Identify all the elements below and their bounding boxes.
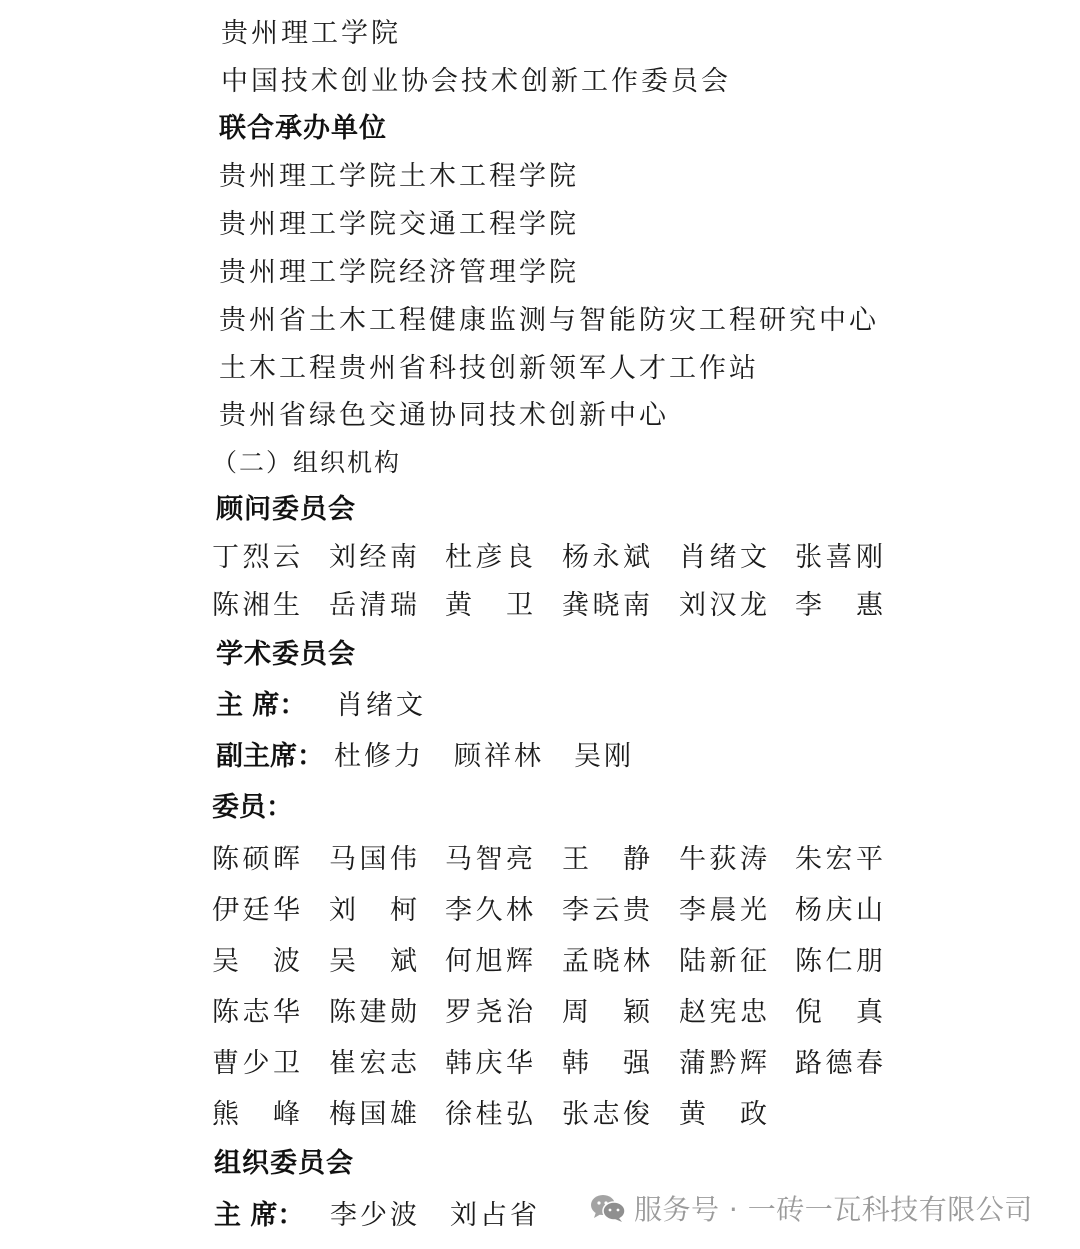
member-name: 赵宪忠: [679, 996, 767, 1030]
members-label: 委员：: [212, 792, 293, 824]
member-name: 龚晓南: [562, 589, 650, 623]
chair-name: 刘占省: [450, 1199, 540, 1233]
member-name: 吴斌: [329, 945, 417, 979]
organizer-line: 中国技术创业协会技术创新工作委员会: [221, 66, 731, 98]
member-name: 刘柯: [329, 894, 417, 928]
member-name: 陈湘生: [212, 589, 300, 623]
member-name: 张喜刚: [795, 541, 883, 575]
vice-chair-name: 吴刚: [574, 740, 634, 774]
member-name: 马智亮: [445, 843, 533, 877]
member-name: 路德春: [795, 1047, 883, 1081]
member-name: 杜彦良: [445, 541, 533, 575]
vice-chair-name: 顾祥林: [454, 740, 544, 774]
member-name: 蒲黔辉: [679, 1047, 767, 1081]
member-name: 孟晓林: [562, 945, 650, 979]
watermark-text: 服务号 · 一砖一瓦科技有限公司: [634, 1188, 1033, 1228]
member-name: 伊廷华: [212, 894, 300, 928]
member-name: 陆新征: [679, 945, 767, 979]
document-page: 贵州理工学院 中国技术创业协会技术创新工作委员会 联合承办单位 贵州理工学院土木…: [0, 0, 1080, 1249]
academic-vice-chair-row: 副主席：杜修力顾祥林吴刚: [216, 740, 634, 774]
co-organizers-heading: 联合承办单位: [219, 113, 387, 145]
academic-committee-heading: 学术委员会: [216, 639, 356, 671]
organizing-chair-row: 主 席：李少波刘占省: [214, 1199, 540, 1233]
member-name: 熊峰: [212, 1098, 300, 1132]
chair-name: 肖绪文: [336, 689, 426, 723]
chair-label: 主 席：: [214, 1199, 330, 1233]
member-name: 朱宏平: [795, 843, 883, 877]
member-name: 曹少卫: [212, 1047, 300, 1081]
organizer-line: 贵州理工学院: [221, 18, 401, 50]
member-name: 陈硕晖: [212, 843, 300, 877]
member-name: 杨永斌: [562, 541, 650, 575]
member-name: 杨庆山: [795, 894, 883, 928]
member-name: 梅国雄: [329, 1098, 417, 1132]
organizing-committee-heading: 组织委员会: [214, 1148, 354, 1180]
member-name: 刘汉龙: [679, 589, 767, 623]
co-organizer-line: 土木工程贵州省科技创新领军人才工作站: [219, 353, 759, 385]
member-name: 吴波: [212, 945, 300, 979]
member-name: 王静: [562, 843, 650, 877]
member-name: 韩强: [562, 1047, 650, 1081]
advisory-committee-heading: 顾问委员会: [216, 494, 356, 526]
wechat-icon: [590, 1193, 626, 1223]
member-name: 肖绪文: [679, 541, 767, 575]
member-name: 岳清瑞: [329, 589, 417, 623]
member-name: 崔宏志: [329, 1047, 417, 1081]
academic-chair-row: 主 席：肖绪文: [216, 689, 426, 723]
co-organizer-line: 贵州省土木工程健康监测与智能防灾工程研究中心: [219, 305, 879, 337]
member-name: 李久林: [445, 894, 533, 928]
member-name: 丁烈云: [212, 541, 300, 575]
vice-chair-name: 杜修力: [334, 740, 424, 774]
member-name: 周颖: [562, 996, 650, 1030]
member-name: 牛荻涛: [679, 843, 767, 877]
member-name: 陈建勋: [329, 996, 417, 1030]
member-name: 倪真: [795, 996, 883, 1030]
vice-chair-label: 副主席：: [216, 740, 334, 774]
section-heading: （二）组织机构: [212, 447, 401, 479]
chair-name: 李少波: [330, 1199, 420, 1233]
member-name: 何旭辉: [445, 945, 533, 979]
member-name: 陈仁朋: [795, 945, 883, 979]
member-name: 陈志华: [212, 996, 300, 1030]
member-name: 李云贵: [562, 894, 650, 928]
member-name: 马国伟: [329, 843, 417, 877]
member-name: 李晨光: [679, 894, 767, 928]
member-name: 罗尧治: [445, 996, 533, 1030]
co-organizer-line: 贵州理工学院经济管理学院: [219, 257, 579, 289]
member-name: 刘经南: [329, 541, 417, 575]
co-organizer-line: 贵州理工学院土木工程学院: [219, 161, 579, 193]
member-name: 李惠: [795, 589, 883, 623]
member-name: 张志俊: [562, 1098, 650, 1132]
co-organizer-line: 贵州省绿色交通协同技术创新中心: [219, 400, 669, 432]
member-name: 徐桂弘: [445, 1098, 533, 1132]
member-name: 韩庆华: [445, 1047, 533, 1081]
watermark: 服务号 · 一砖一瓦科技有限公司: [590, 1188, 1033, 1228]
co-organizer-line: 贵州理工学院交通工程学院: [219, 209, 579, 241]
member-name: 黄政: [679, 1098, 767, 1132]
chair-label: 主 席：: [216, 689, 336, 723]
member-name: 黄卫: [445, 589, 533, 623]
